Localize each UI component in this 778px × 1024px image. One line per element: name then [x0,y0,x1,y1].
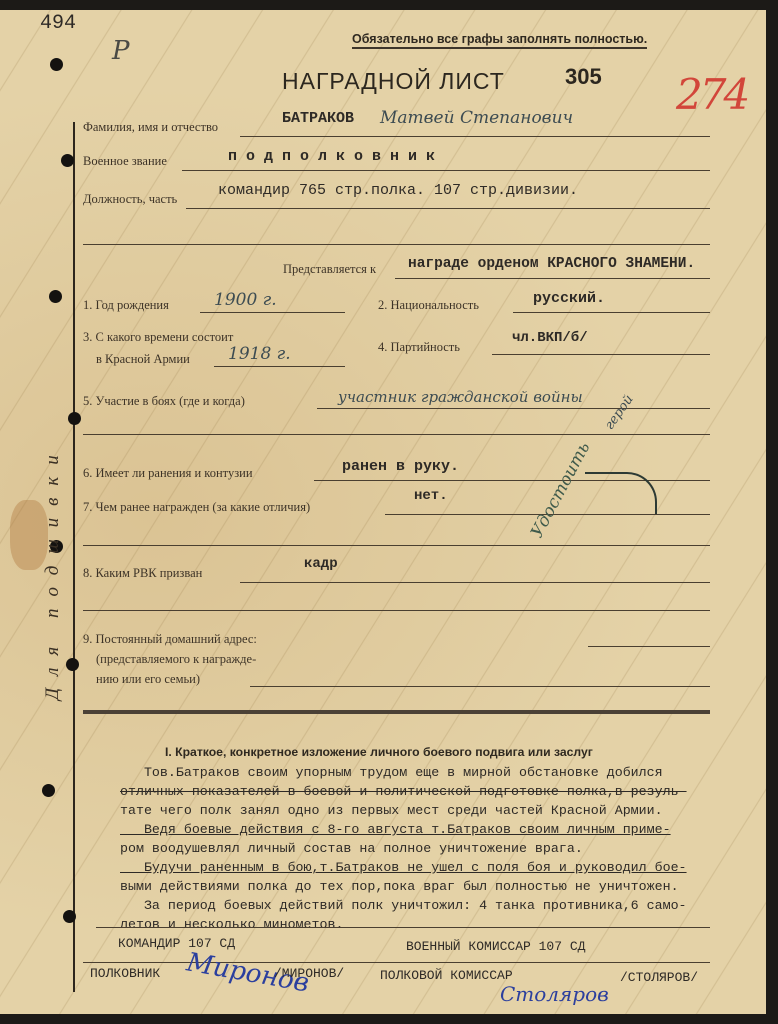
section-divider [83,710,710,714]
commissar-name: /СТОЛЯРОВ/ [620,970,698,985]
wounds-label: 6. Имеет ли ранения и контузии [83,466,253,481]
feat-line: летов и несколько минометов. [120,915,687,934]
birth-year-label: 1. Год рождения [83,298,169,313]
award-sheet: Для подшивки 494 Р Обязательно все графы… [0,10,766,1014]
rank-label: Военное звание [83,154,167,169]
feat-line: отличных показателей в боевой и политиче… [120,782,687,801]
feat-line: ром воодушевлял личный состав на полное … [120,839,687,858]
army-since-label-1: 3. С какого времени состоит [83,330,233,345]
feat-line: выми действиями полка до тех пор,пока вр… [120,877,687,896]
feat-line: тате чего полк занял одно из первых мест… [120,801,687,820]
name-label: Фамилия, имя и отчество [83,120,218,135]
feat-line: Ведя боевые действия с 8-го августа т.Ба… [120,820,687,839]
feat-line: Будучи раненным в бою,т.Батраков не ушел… [120,858,687,877]
feat-text: Тов.Батраков своим упорным трудом еще в … [120,763,687,934]
resolution-signature [585,472,657,514]
punch-hole [63,910,76,923]
address-label-2: (представляемого к награжде- [96,652,256,667]
archive-number: 494 [40,12,76,35]
position-value: командир 765 стр.полка. 107 стр.дивизии. [218,182,578,199]
prior-awards-value: нет. [414,488,448,504]
army-since-label-2: в Красной Армии [96,352,190,367]
party-label: 4. Партийность [378,340,460,355]
page-title: НАГРАДНОЙ ЛИСТ [282,68,505,95]
commander-name: /МИРОНОВ/ [274,966,344,981]
rvk-label: 8. Каким РВК призван [83,566,202,581]
commander-rank: ПОЛКОВНИК [90,966,160,981]
commander-title: КОМАНДИР 107 СД [118,936,235,951]
commissar-signature: Столяров [500,982,609,1006]
punch-hole [42,784,55,797]
battles-note: герой [602,392,637,432]
rvk-value: кадр [304,556,338,572]
feat-line: Тов.Батраков своим упорным трудом еще в … [120,763,687,782]
nominated-label: Представляется к [283,262,376,277]
address-label-1: 9. Постоянный домашний адрес: [83,632,257,647]
commissar-rank: ПОЛКОВОЙ КОМИССАР [380,968,513,983]
birth-year-value: 1900 г. [214,290,277,310]
prior-awards-label: 7. Чем ранее награжден (за какие отличия… [83,500,310,515]
address-label-3: нию или его семьи) [96,672,200,687]
binding-margin-label: Для подшивки [32,340,72,700]
feat-heading: I. Краткое, конкретное изложение личного… [165,745,593,759]
punch-hole [49,290,62,303]
given-names-value: Матвей Степанович [380,108,573,128]
wounds-value: ранен в руку. [342,458,459,475]
army-since-value: 1918 г. [228,344,291,364]
battles-value: участник гражданской войны [338,388,583,406]
corner-mark: Р [112,36,130,66]
nationality-label: 2. Национальность [378,298,479,313]
binding-margin-rule [73,122,75,992]
nationality-value: русский. [533,290,605,307]
instruction-note: Обязательно все графы заполнять полность… [352,32,647,49]
nominated-value: награде орденом КРАСНОГО ЗНАМЕНИ. [408,256,695,272]
punch-hole [50,58,63,71]
feat-line: За период боевых действий полк уничтожил… [120,896,687,915]
battles-label: 5. Участие в боях (где и когда) [83,394,245,409]
red-registry-number: 274 [676,70,747,119]
position-label: Должность, часть [83,192,177,207]
punch-hole [61,154,74,167]
commissar-title: ВОЕННЫЙ КОМИССАР 107 СД [406,939,585,954]
rank-value: подполковник [228,148,444,165]
party-value: чл.ВКП/б/ [512,330,588,346]
surname-value: БАТРАКОВ [282,110,354,127]
sheet-number: 305 [565,64,602,90]
